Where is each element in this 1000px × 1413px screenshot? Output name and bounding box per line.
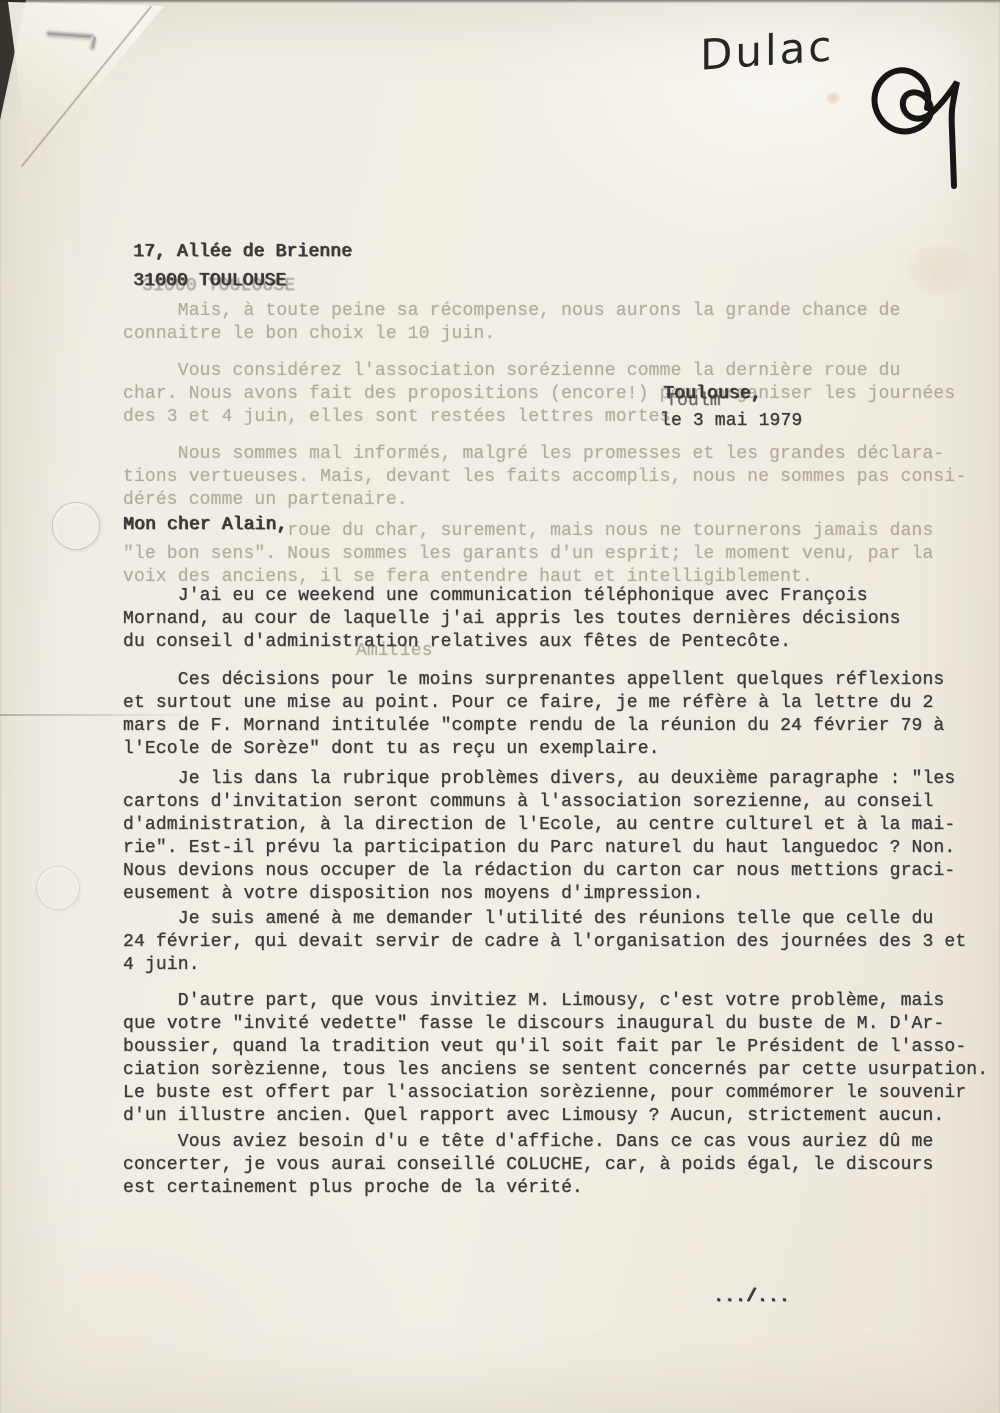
ghost-paragraph: Vous considérez l'association sorézienne… <box>123 360 955 429</box>
letterhead-address-line2: 31000 TOULOUSE <box>133 270 286 293</box>
ghost-paragraph: Mais, à toute peine sa récompense, nous … <box>123 300 901 346</box>
paper-top-edge <box>0 0 1000 3</box>
salutation: Mon cher Alain, <box>123 514 287 537</box>
hole-punch-mark <box>36 866 80 910</box>
paper-corner-fold <box>6 0 176 175</box>
body-paragraph: Je suis amené à me demander l'utilité de… <box>123 908 966 977</box>
ghost-paragraph: Nous sommes mal informés, malgré les pro… <box>123 443 966 512</box>
letterhead-address-line1: 17, Allée de Brienne <box>133 241 352 264</box>
body-paragraph: J'ai eu ce weekend une communication tél… <box>123 585 901 654</box>
paper-stain <box>826 92 840 104</box>
letter-page: Dulac 17, Allée de Brienne 31000 TOULOUS… <box>0 0 1000 1413</box>
handwritten-name: Dulac <box>700 21 834 79</box>
hole-punch-mark <box>52 502 100 550</box>
continuation-mark: .../... <box>713 1286 790 1309</box>
body-paragraph: D'autre part, que vous invitiez M. Limou… <box>123 990 988 1128</box>
signature-flourish-icon <box>855 48 1000 198</box>
body-paragraph: Ces décisions pour le moins surprenantes… <box>123 669 944 761</box>
body-paragraph: Vous aviez besoin d'u e tête d'affiche. … <box>123 1131 933 1200</box>
dateline-city: Toulouse, <box>663 383 762 406</box>
dateline-date: le 3 mai 1979 <box>660 410 802 433</box>
paper-stain <box>905 245 975 295</box>
body-paragraph: Je lis dans la rubrique problèmes divers… <box>123 768 955 906</box>
